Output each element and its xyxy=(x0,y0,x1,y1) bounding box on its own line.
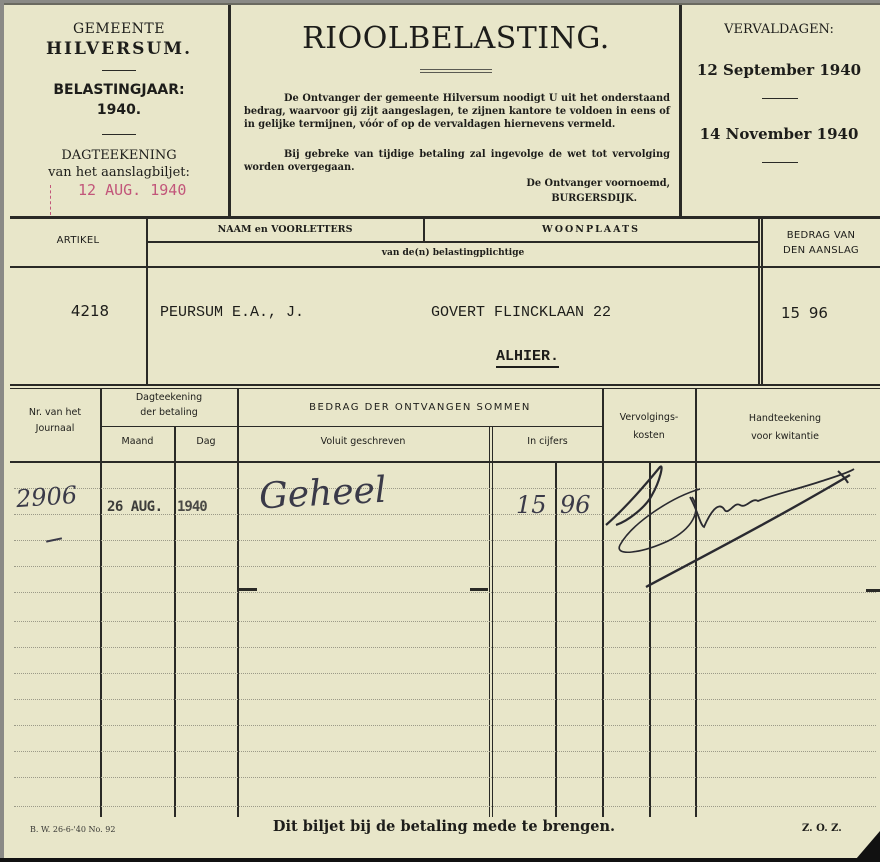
column-divider xyxy=(602,389,604,817)
column-divider xyxy=(100,389,102,817)
amount-cents-handwritten: 96 xyxy=(560,491,591,519)
ruled-line xyxy=(14,806,876,807)
header-divider xyxy=(101,426,237,427)
see-reverse-note: Z. O. Z. xyxy=(802,823,842,834)
red-mark xyxy=(50,185,51,215)
municipality-label: GEMEENTE xyxy=(14,21,224,37)
section-border xyxy=(10,384,880,386)
divider xyxy=(762,98,798,99)
document-title: RIOOLBELASTING. xyxy=(232,21,680,56)
notice-paragraph-1: De Ontvanger der gemeente Hilversum nood… xyxy=(244,92,670,131)
col-header-bedrag-ontvangen: BEDRAG DER ONTVANGEN SOMMEN xyxy=(238,402,602,413)
receipt-signature: Burgersdijk xyxy=(602,461,862,591)
taxpayer-city: ALHIER. xyxy=(496,348,559,368)
assessment-date-label: DAGTEEKENING xyxy=(14,148,224,163)
ruled-line xyxy=(14,621,876,622)
col-header-handteekening-1: Handteekening xyxy=(696,413,874,424)
tax-year: 1940. xyxy=(14,102,224,118)
col-header-datum-2: der betaling xyxy=(101,407,237,418)
tax-assessment-form: GEMEENTE HILVERSUM. BELASTINGJAAR: 1940.… xyxy=(4,3,880,858)
col-header-datum-1: Dagteekening xyxy=(101,392,237,403)
col-header-kosten-2: kosten xyxy=(603,430,695,441)
col-header-maand: Maand xyxy=(101,436,174,447)
col-header-bedrag-1: BEDRAG VAN xyxy=(762,230,880,241)
taxpayer-name: PEURSUM E.A., J. xyxy=(160,304,304,321)
subtotal-mark xyxy=(866,589,880,592)
column-divider xyxy=(679,5,682,216)
ruled-line xyxy=(14,699,876,700)
amount-guilders-handwritten: 15 xyxy=(516,491,547,519)
col-header-bedrag-2: DEN AANSLAG xyxy=(762,245,880,256)
col-header-kosten-1: Vervolgings- xyxy=(603,412,695,423)
col-header-voluit: Voluit geschreven xyxy=(238,436,488,447)
header-divider xyxy=(147,241,759,243)
assessment-date-sublabel: van het aanslagbiljet: xyxy=(14,165,224,180)
col-header-subtitle: van de(n) belastingplichtige xyxy=(147,248,759,258)
header-divider xyxy=(238,426,602,427)
due-date-1: 12 September 1940 xyxy=(684,61,874,79)
tax-year-label: BELASTINGJAAR: xyxy=(14,82,224,98)
column-divider xyxy=(758,219,760,385)
title-underline xyxy=(420,69,492,70)
col-header-naam: NAAM en VOORLETTERS xyxy=(147,224,423,235)
ruled-line xyxy=(14,673,876,674)
ruled-line xyxy=(14,592,876,593)
artikel-value: 4218 xyxy=(10,302,170,320)
due-dates-label: VERVALDAGEN: xyxy=(684,22,874,37)
ruled-line xyxy=(14,777,876,778)
amount-in-words: Geheel xyxy=(258,470,387,518)
amount-guilders: 15 xyxy=(781,304,800,322)
col-header-journaal-2: Journaal xyxy=(10,423,100,434)
assessment-date-stamp: 12 AUG. 1940 xyxy=(78,181,186,199)
column-divider xyxy=(237,389,239,817)
subtotal-mark xyxy=(470,588,488,591)
title-underline xyxy=(420,72,492,73)
section-border xyxy=(10,216,880,219)
amount-cents: 96 xyxy=(809,304,828,322)
taxpayer-address: GOVERT FLINCKLAAN 22 xyxy=(431,304,611,321)
assessment-amount: 15 96 xyxy=(781,304,828,322)
section-border xyxy=(10,388,880,389)
payment-month-stamp: 26 AUG. xyxy=(107,499,163,515)
payment-year-stamp: 1940 xyxy=(177,499,207,515)
notice-paragraph-2: Bij gebreke van tijdige betaling zal ing… xyxy=(244,148,670,174)
receiver-signature-line-2: BURGERSDIJK. xyxy=(444,193,637,204)
column-divider xyxy=(761,219,763,385)
top-edge xyxy=(4,3,880,5)
divider xyxy=(102,70,136,71)
col-header-dag: Dag xyxy=(175,436,237,447)
divider xyxy=(762,162,798,163)
col-header-artikel: ARTIKEL xyxy=(10,235,146,246)
due-date-2: 14 November 1940 xyxy=(684,125,874,143)
subtotal-mark xyxy=(239,588,257,591)
column-divider xyxy=(555,462,557,817)
col-header-cijfers: In cijfers xyxy=(493,436,602,447)
journal-number: 2906 xyxy=(15,481,78,513)
divider xyxy=(102,134,136,135)
ruled-line xyxy=(14,751,876,752)
header-row-border xyxy=(10,266,880,268)
column-divider xyxy=(695,389,697,817)
municipality-name: HILVERSUM. xyxy=(14,39,224,59)
receiver-signature-line-1: De Ontvanger voornoemd, xyxy=(444,178,670,189)
col-header-woonplaats: WOONPLAATS xyxy=(424,224,758,235)
col-header-journaal-1: Nr. van het xyxy=(10,407,100,418)
footer-instruction: Dit biljet bij de betaling mede te breng… xyxy=(204,818,684,835)
form-code: B. W. 26-6-'40 No. 92 xyxy=(30,825,115,834)
ruled-line xyxy=(14,725,876,726)
svg-text:Burgersdijk: Burgersdijk xyxy=(602,461,608,462)
col-header-handteekening-2: voor kwitantie xyxy=(696,431,874,442)
folded-corner xyxy=(856,831,880,859)
bottom-edge xyxy=(0,858,880,862)
ruled-line xyxy=(14,647,876,648)
column-divider xyxy=(228,5,231,216)
